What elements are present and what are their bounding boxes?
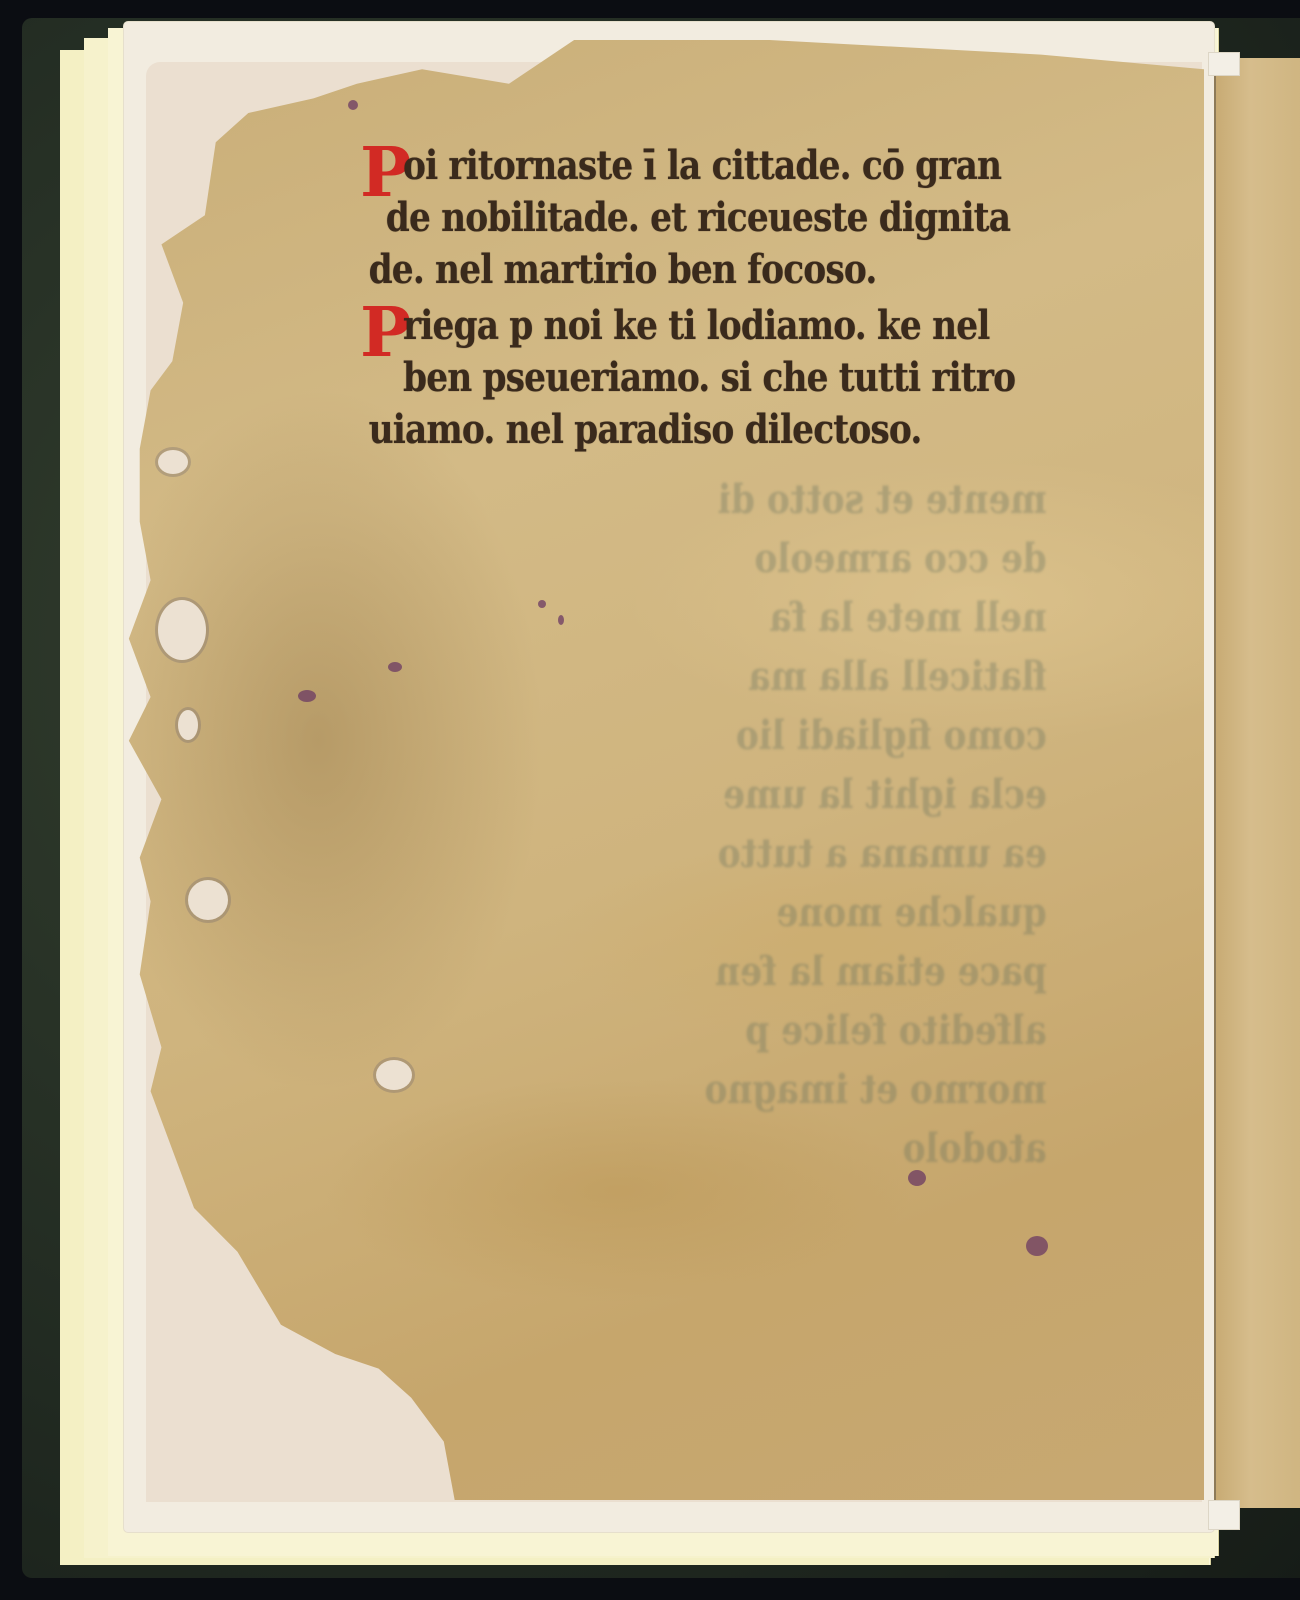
text-line: oi ritornaste ī la cittade. cō gran <box>360 140 1014 192</box>
hinge-tab <box>1208 52 1240 76</box>
damage-hole <box>158 450 188 474</box>
ink-spot <box>348 100 358 110</box>
verse-1: P oi ritornaste ī la cittade. cō gran de… <box>360 140 1120 296</box>
text-line: de. nel martirio ben focoso. <box>360 244 1014 296</box>
hinge-tab <box>1208 1500 1240 1530</box>
bleed-line: mormo et imagno <box>393 1060 1047 1119</box>
text-line: de nobilitade. et riceueste dignita <box>360 192 1014 244</box>
bleed-line: pace etiam la fen <box>393 942 1047 1001</box>
verse-2: P riega p noi ke ti lodiamo. ke nel ben … <box>360 300 1120 456</box>
bleed-line: nell mete la fa <box>393 588 1047 647</box>
text-line: riega p noi ke ti lodiamo. ke nel <box>360 300 1014 352</box>
text-line: ben pseueriamo. si che tutti ritro <box>360 352 1014 404</box>
damage-hole <box>188 880 228 920</box>
ink-spot <box>298 690 316 702</box>
bleed-line: atodolo <box>393 1119 1047 1178</box>
bleed-through-text: mente et sotto di de cco armeolo nell me… <box>393 470 1047 1178</box>
damage-hole <box>178 710 198 740</box>
ink-spot <box>1026 1236 1048 1256</box>
bleed-line: alfedito felice p <box>393 1001 1047 1060</box>
text-line: uiamo. nel paradiso dilectoso. <box>360 404 1014 456</box>
bleed-line: como figliadi lio <box>393 706 1047 765</box>
bleed-line: ea umana a tutto <box>393 824 1047 883</box>
bleed-line: mente et sotto di <box>393 470 1047 529</box>
bleed-line: flaticell alla ma <box>393 647 1047 706</box>
manuscript-text: P oi ritornaste ī la cittade. cō gran de… <box>360 140 1120 456</box>
damage-hole <box>158 600 206 660</box>
bleed-line: qualche mone <box>393 883 1047 942</box>
facing-page <box>1214 58 1300 1508</box>
bleed-line: ecla ighit la ume <box>393 765 1047 824</box>
bleed-line: de cco armeolo <box>393 529 1047 588</box>
